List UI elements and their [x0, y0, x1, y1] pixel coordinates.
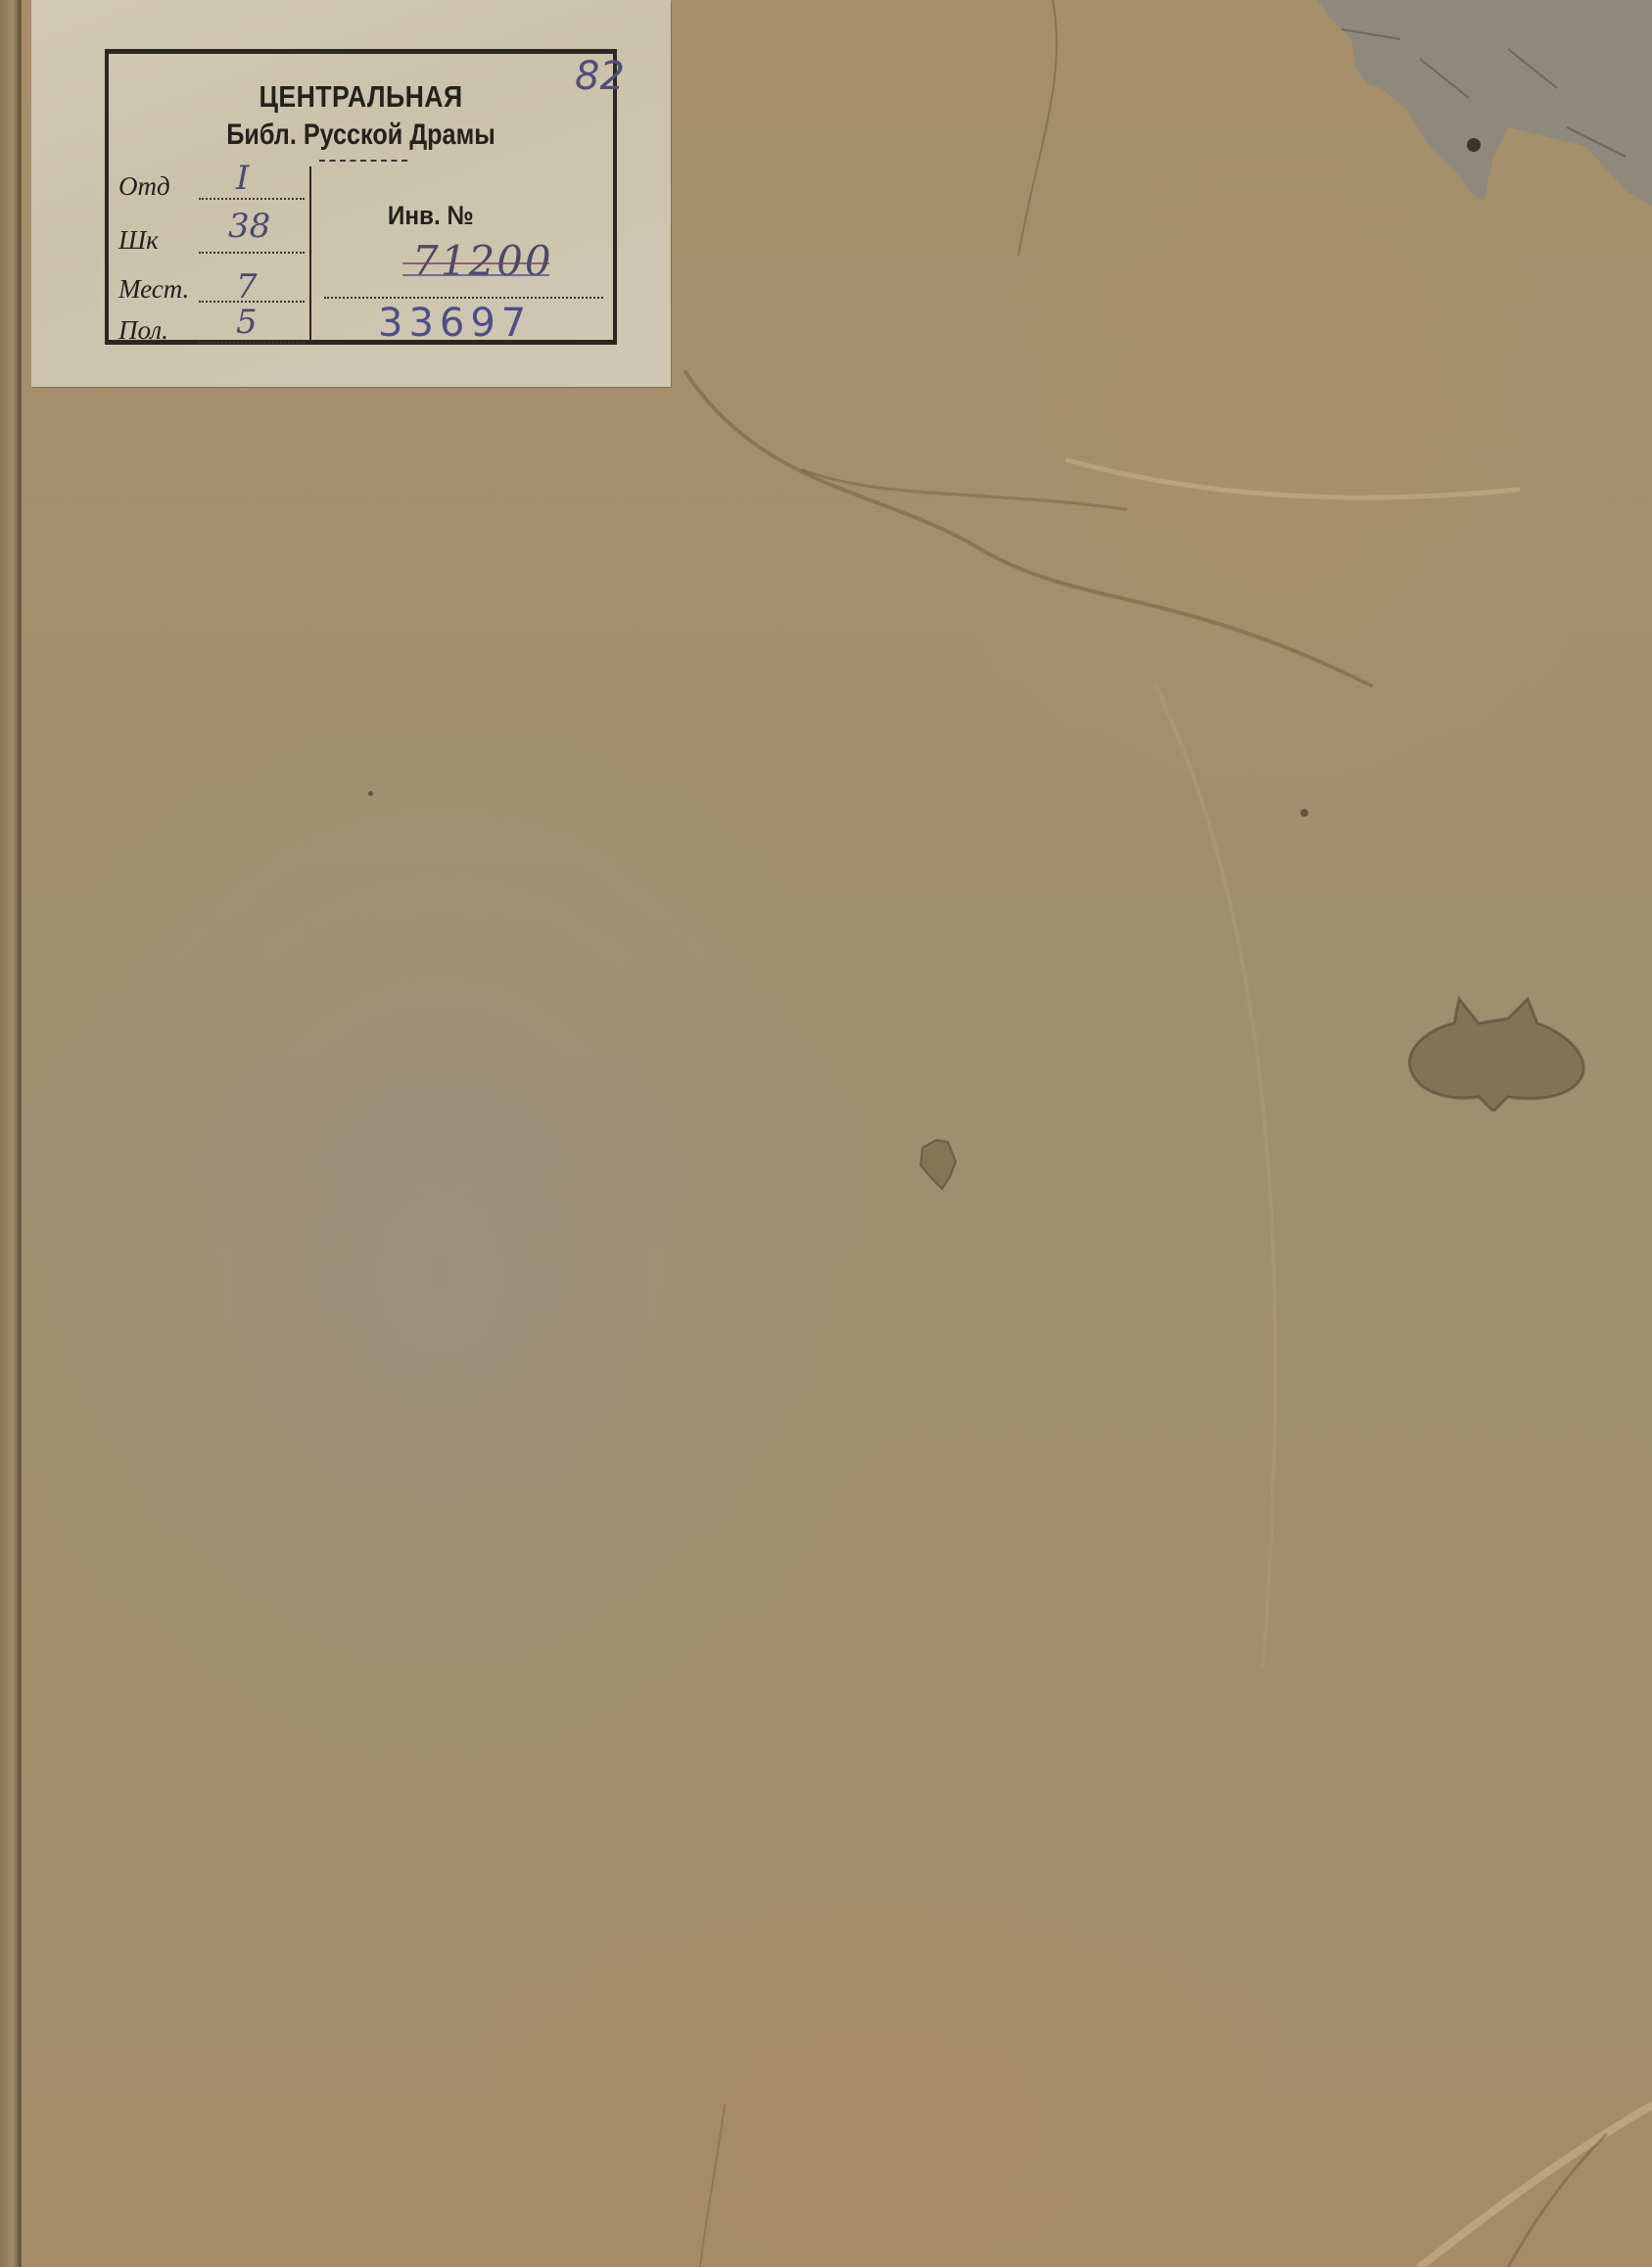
handwritten-corner-number: 82: [575, 54, 625, 99]
field-place: Мест. 7: [118, 269, 305, 308]
field-value: 5: [236, 303, 258, 342]
strike-line: [402, 262, 549, 264]
dotted-line: [199, 252, 305, 254]
inventory-number: 33697: [378, 301, 532, 346]
field-cabinet: Шк 38: [118, 220, 305, 260]
inventory-old-number: 71200: [412, 237, 553, 285]
inventory-label: Инв. №: [388, 201, 474, 231]
strike-line: [402, 274, 549, 276]
field-department: Отд I: [118, 166, 305, 206]
vertical-divider: [309, 166, 311, 343]
library-title: ЦЕНТРАЛЬНАЯ: [144, 79, 578, 115]
field-label: Пол.: [118, 315, 168, 346]
water-stain: [1400, 979, 1591, 1111]
library-subtitle: Библ. Русской Драмы: [149, 118, 573, 152]
dotted-line: [199, 198, 305, 200]
field-shelf: Пол. 5: [118, 310, 305, 350]
field-value: 38: [228, 207, 270, 246]
ornament-divider: [319, 160, 407, 167]
dotted-line: [324, 297, 603, 299]
field-value: I: [236, 159, 249, 198]
field-label: Мест.: [118, 274, 189, 305]
label-frame: ЦЕНТРАЛЬНАЯ Библ. Русской Драмы Отд I Шк…: [105, 49, 617, 345]
field-value: 7: [236, 267, 258, 307]
field-label: Шк: [118, 225, 159, 256]
field-label: Отд: [118, 171, 170, 202]
ink-dot: [1300, 809, 1308, 817]
ink-dot: [368, 791, 373, 796]
library-label: ЦЕНТРАЛЬНАЯ Библ. Русской Драмы Отд I Шк…: [31, 0, 671, 387]
small-stain: [919, 1138, 960, 1191]
book-cover: ЦЕНТРАЛЬНАЯ Библ. Русской Драмы Отд I Шк…: [0, 0, 1652, 2267]
dotted-line: [199, 342, 305, 344]
